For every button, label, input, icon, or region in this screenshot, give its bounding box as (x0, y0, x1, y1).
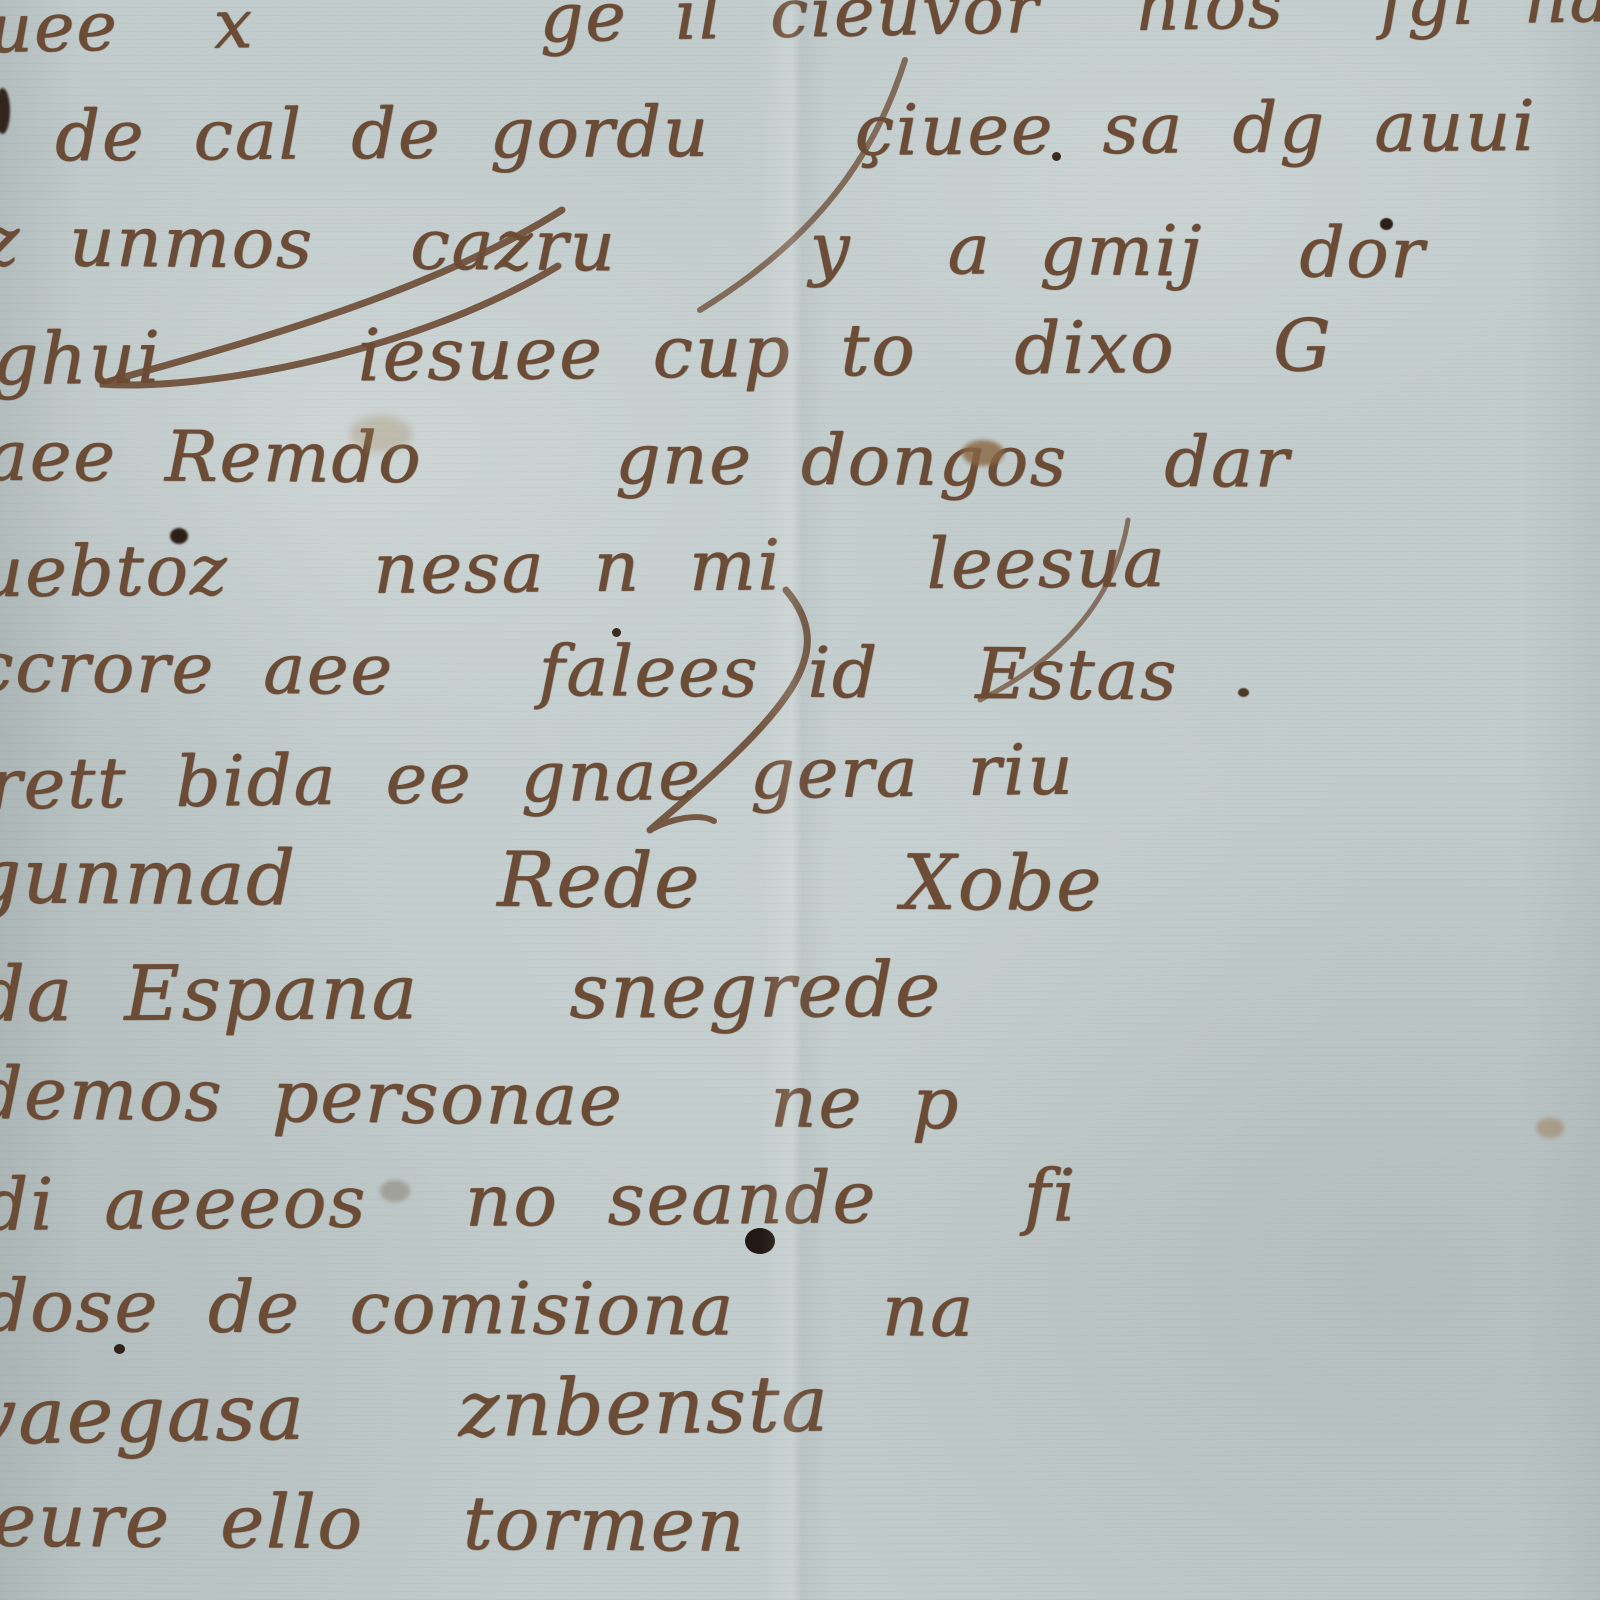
manuscript-text-line: gunmad Rede Xobe (0, 838, 1103, 922)
manuscript-text-line: aee Remdo gne dongos dar (0, 421, 1290, 498)
manuscript-text-line: uebtoz nesa n mi leesua (0, 527, 1167, 607)
manuscript-text-line: ghui iesuee cup to dixo G (0, 309, 1333, 395)
ink-spot (0, 88, 10, 134)
manuscript-photo: uee x ge il cieuvor nios fgi nan de cal … (0, 0, 1600, 1600)
manuscript-text-line: vaegasa znbensta (0, 1365, 830, 1456)
ink-spot (1238, 688, 1249, 697)
manuscript-text-line: uee x ge il cieuvor nios fgi nan (0, 0, 1600, 64)
manuscript-text-line: di aeeeos no seande fi (0, 1159, 1078, 1241)
manuscript-text-line: rett bida ee gnae gera riu (0, 734, 1075, 819)
manuscript-text-line: de cal de gordu çiuee sa dg auui (55, 91, 1537, 171)
manuscript-text-line: eure ello tormen (0, 1483, 746, 1562)
pen-flourish (650, 817, 714, 830)
manuscript-text-line: demos personae ne p (0, 1057, 960, 1139)
manuscript-text-line: dose de comisiona na (0, 1269, 975, 1346)
stain-smudge (1536, 1118, 1564, 1138)
manuscript-text-line: z unmos cazru y a gmij dor (0, 206, 1426, 289)
manuscript-text-line: da Espana snegrede (0, 951, 942, 1032)
manuscript-text-line: ccrore aee falees id Estas (0, 632, 1178, 710)
